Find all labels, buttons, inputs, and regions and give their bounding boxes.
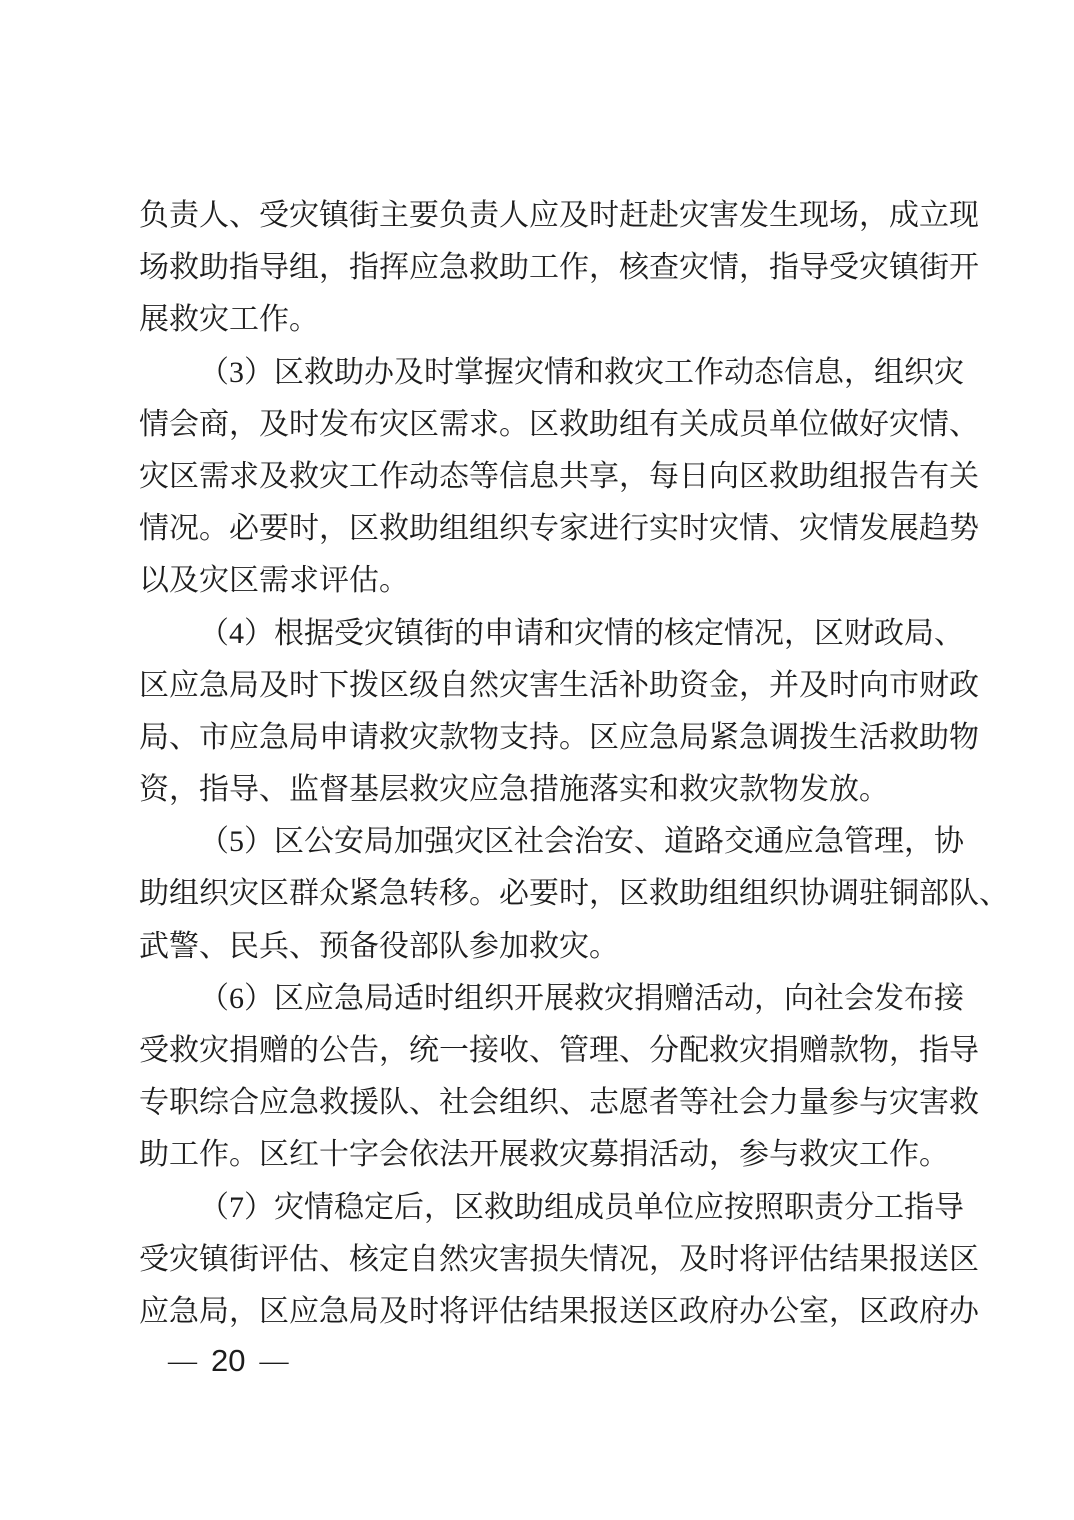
footer-right-dash: — <box>259 1340 288 1382</box>
text-line: （3）区救助办及时掌握灾情和救灾工作动态信息，组织灾 <box>139 347 950 399</box>
text-line: 情会商，及时发布灾区需求。区救助组有关成员单位做好灾情、 <box>139 399 950 451</box>
text-line: 专职综合应急救援队、社会组织、志愿者等社会力量参与灾害救 <box>139 1077 950 1129</box>
text-line: （4）根据受灾镇街的申请和灾情的核定情况，区财政局、 <box>139 608 950 660</box>
text-line: （5）区公安局加强灾区社会治安、道路交通应急管理，协 <box>139 816 950 868</box>
text-line: 展救灾工作。 <box>139 294 950 346</box>
text-line: 以及灾区需求评估。 <box>139 555 950 607</box>
text-line: 局、市应急局申请救灾款物支持。区应急局紧急调拨生活救助物 <box>139 712 950 764</box>
page-number: 20 <box>211 1340 245 1382</box>
text-line: 应急局，区应急局及时将评估结果报送区政府办公室，区政府办 <box>139 1286 950 1338</box>
text-line: 武警、民兵、预备役部队参加救灾。 <box>139 921 950 973</box>
footer-left-dash: — <box>168 1340 197 1382</box>
text-line: 助组织灾区群众紧急转移。必要时，区救助组组织协调驻铜部队、 <box>139 868 950 920</box>
document-body: 负责人、受灾镇街主要负责人应及时赶赴灾害发生现场，成立现场救助指导组，指挥应急救… <box>139 190 950 1338</box>
document-page: { "page": { "background": "#ffffff", "te… <box>0 0 1074 1520</box>
text-line: 情况。必要时，区救助组组织专家进行实时灾情、灾情发展趋势 <box>139 503 950 555</box>
text-line: （6）区应急局适时组织开展救灾捐赠活动，向社会发布接 <box>139 973 950 1025</box>
text-line: 场救助指导组，指挥应急救助工作，核查灾情，指导受灾镇街开 <box>139 242 950 294</box>
text-line: 受救灾捐赠的公告，统一接收、管理、分配救灾捐赠款物，指导 <box>139 1025 950 1077</box>
text-line: 区应急局及时下拨区级自然灾害生活补助资金，并及时向市财政 <box>139 660 950 712</box>
page-footer: — 20 — <box>168 1340 288 1382</box>
text-line: 资，指导、监督基层救灾应急措施落实和救灾款物发放。 <box>139 764 950 816</box>
text-line: 灾区需求及救灾工作动态等信息共享，每日向区救助组报告有关 <box>139 451 950 503</box>
text-line: 受灾镇街评估、核定自然灾害损失情况，及时将评估结果报送区 <box>139 1234 950 1286</box>
text-line: 助工作。区红十字会依法开展救灾募捐活动，参与救灾工作。 <box>139 1129 950 1181</box>
text-line: 负责人、受灾镇街主要负责人应及时赶赴灾害发生现场，成立现 <box>139 190 950 242</box>
text-line: （7）灾情稳定后，区救助组成员单位应按照职责分工指导 <box>139 1182 950 1234</box>
